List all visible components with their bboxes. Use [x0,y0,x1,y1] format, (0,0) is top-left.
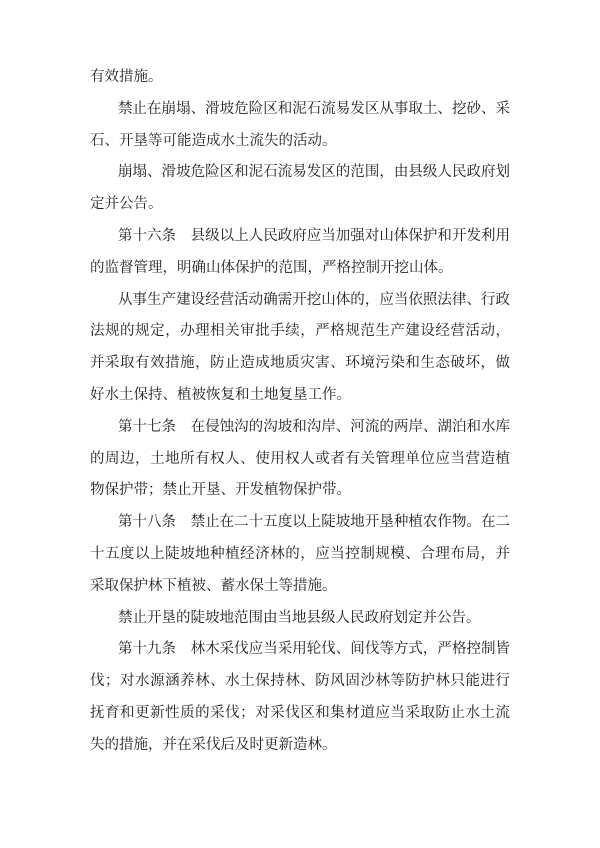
legal-text-block: 有效措施。 禁止在崩塌、滑坡危险区和泥石流易发区从事取土、挖砂、采石、开垦等可能… [90,62,510,762]
paragraph: 禁止开垦的陡坡地范围由当地县级人民政府划定并公告。 [90,603,510,635]
paragraph: 禁止在崩塌、滑坡危险区和泥石流易发区从事取土、挖砂、采石、开垦等可能造成水土流失… [90,94,510,158]
document-page: { "colors": { "background": "#ffffff", "… [0,0,600,848]
paragraph: 崩塌、滑坡危险区和泥石流易发区的范围，由县级人民政府划定并公告。 [90,157,510,221]
page: 有效措施。 禁止在崩塌、滑坡危险区和泥石流易发区从事取土、挖砂、采石、开垦等可能… [0,0,600,848]
paragraph-continuation: 有效措施。 [90,62,510,94]
paragraph-article-18: 第十八条 禁止在二十五度以上陡坡地开垦种植农作物。在二十五度以上陡坡地种植经济林… [90,507,510,602]
paragraph-article-17: 第十七条 在侵蚀沟的沟坡和沟岸、河流的两岸、湖泊和水库的周边，土地所有权人、使用… [90,412,510,507]
paragraph-article-16: 第十六条 县级以上人民政府应当加强对山体保护和开发利用的监督管理，明确山体保护的… [90,221,510,285]
paragraph-article-19: 第十九条 林木采伐应当采用轮伐、间伐等方式，严格控制皆伐；对水源涵养林、水土保持… [90,634,510,761]
paragraph: 从事生产建设经营活动确需开挖山体的，应当依照法律、行政法规的规定，办理相关审批手… [90,285,510,412]
